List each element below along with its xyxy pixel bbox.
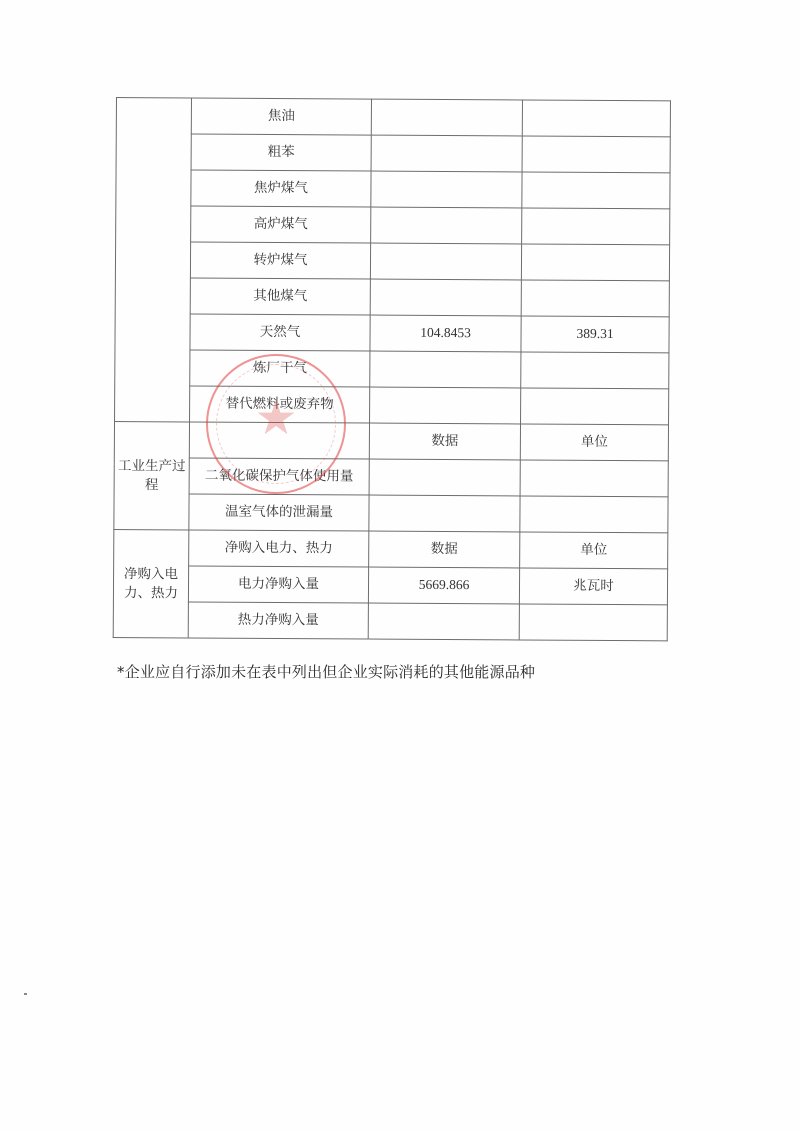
industrial-group-label: 工业生产过程 — [114, 421, 190, 529]
footnote: *企业应自行添加未在表中列出但企业实际消耗的其他能源品种 — [117, 661, 535, 682]
fuel-unit-cell: 389.31 — [521, 316, 669, 353]
industrial-name-cell: 温室气体的泄漏量 — [189, 494, 369, 531]
purchased-name-cell: 热力净购入量 — [188, 602, 368, 639]
fuel-data-cell — [370, 243, 521, 280]
table-row: 替代燃料或废弃物 — [115, 385, 669, 424]
fuel-name-cell: 焦油 — [191, 98, 371, 135]
fuel-unit-cell — [521, 388, 669, 425]
purchased-data-cell: 5669.866 — [368, 567, 519, 604]
table-row: 电力净购入量 5669.866 兆瓦时 — [113, 565, 667, 604]
fuel-group-cell — [115, 98, 192, 422]
industrial-data-cell — [369, 495, 520, 532]
fuel-data-cell — [371, 207, 522, 244]
table-row: 净购入电力、热力 净购入电力、热力 数据 单位 — [114, 529, 668, 568]
document-page: 焦油 粗苯 焦炉煤气 高炉煤气 转炉煤气 — [0, 0, 800, 1131]
fuel-name-cell: 炼厂干气 — [190, 350, 370, 387]
table-row: 温室气体的泄漏量 — [114, 493, 668, 532]
fuel-name-cell: 转炉煤气 — [190, 242, 370, 279]
purchased-unit-cell — [519, 604, 667, 641]
industrial-unit-cell — [520, 460, 668, 497]
fuel-name-cell: 焦炉煤气 — [191, 170, 371, 207]
fuel-unit-cell — [521, 280, 669, 317]
table-row: 工业生产过程 数据 单位 — [114, 421, 668, 460]
fuel-name-cell: 天然气 — [190, 314, 370, 351]
purchased-data-cell — [368, 603, 519, 640]
table-row: 粗苯 — [116, 134, 670, 173]
fuel-unit-cell — [522, 172, 670, 209]
purchased-group-label: 净购入电力、热力 — [113, 529, 189, 637]
table-row: 其他煤气 — [115, 277, 669, 316]
scan-speck — [24, 993, 27, 995]
industrial-name-cell: 二氧化碳保护气体使用量 — [189, 458, 369, 495]
table-row: 热力净购入量 — [113, 601, 667, 640]
fuel-name-cell: 替代燃料或废弃物 — [190, 386, 370, 423]
fuel-data-cell — [371, 135, 522, 172]
fuel-name-cell: 其他煤气 — [190, 278, 370, 315]
purchased-unit-cell: 兆瓦时 — [519, 568, 667, 605]
table-row: 炼厂干气 — [115, 349, 669, 388]
header-unit-cell: 单位 — [520, 424, 668, 461]
fuel-unit-cell — [522, 136, 670, 173]
fuel-data-cell — [370, 387, 521, 424]
fuel-data-cell — [370, 351, 521, 388]
fuel-unit-cell — [522, 100, 670, 137]
table-row: 天然气 104.8453 389.31 — [115, 313, 669, 352]
industrial-data-cell — [369, 459, 520, 496]
fuel-name-cell: 高炉煤气 — [191, 206, 371, 243]
fuel-name-cell: 粗苯 — [191, 134, 371, 171]
header-unit-cell: 单位 — [520, 532, 668, 569]
industrial-unit-cell — [520, 496, 668, 533]
header-data-cell: 数据 — [369, 423, 520, 460]
header-name-cell — [189, 422, 369, 459]
fuel-data-cell — [370, 279, 521, 316]
fuel-data-cell — [371, 171, 522, 208]
table-row: 转炉煤气 — [115, 242, 669, 281]
table-row: 二氧化碳保护气体使用量 — [114, 457, 668, 496]
table-row: 高炉煤气 — [116, 206, 670, 245]
fuel-data-cell: 104.8453 — [370, 315, 521, 352]
table-row: 焦油 — [116, 98, 670, 137]
fuel-unit-cell — [521, 352, 669, 389]
fuel-unit-cell — [522, 208, 670, 245]
fuel-unit-cell — [521, 244, 669, 281]
energy-consumption-table: 焦油 粗苯 焦炉煤气 高炉煤气 转炉煤气 — [113, 97, 671, 641]
header-data-cell: 数据 — [369, 531, 520, 568]
purchased-name-cell: 电力净购入量 — [188, 566, 368, 603]
header-name-cell: 净购入电力、热力 — [189, 530, 369, 567]
table-row: 焦炉煤气 — [116, 170, 670, 209]
fuel-data-cell — [371, 99, 522, 136]
